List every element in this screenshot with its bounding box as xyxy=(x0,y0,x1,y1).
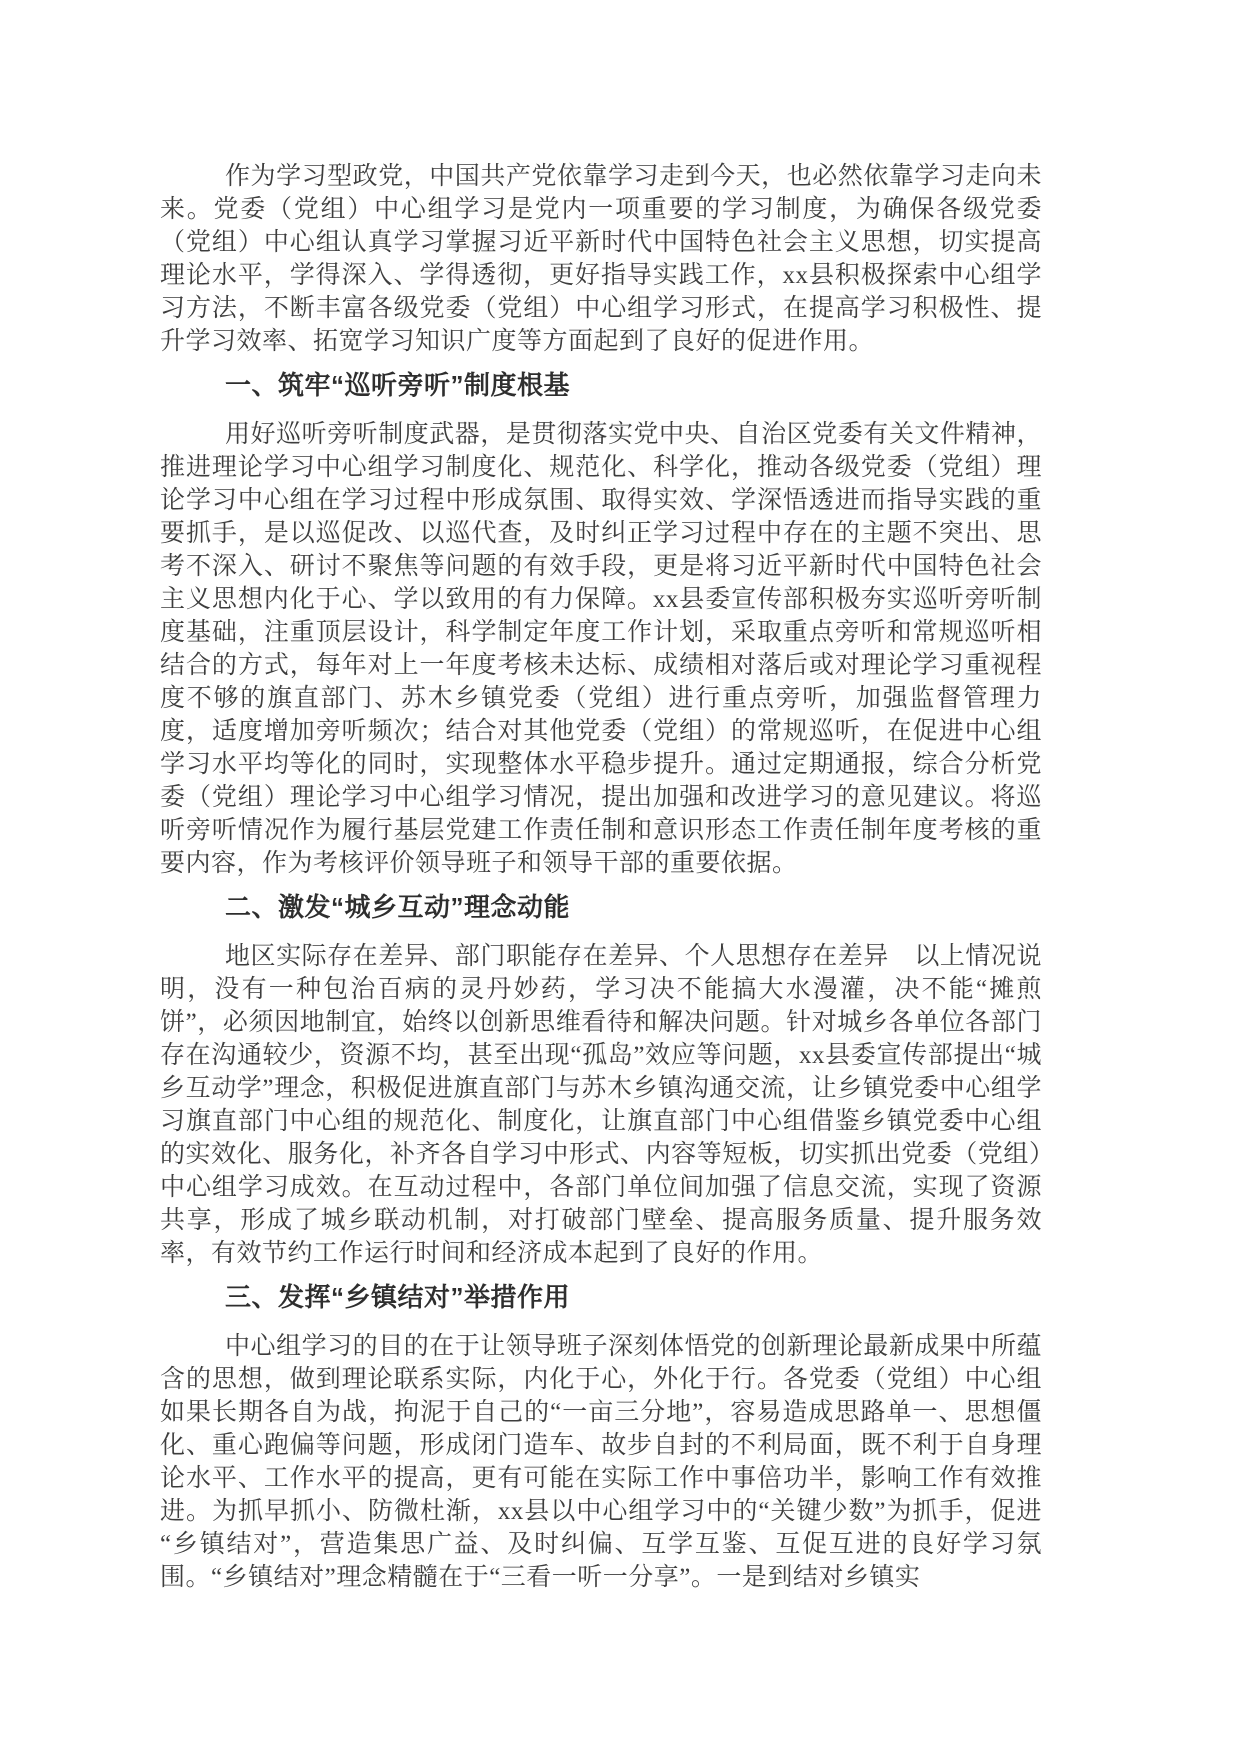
section-2-heading: 二、激发“城乡互动”理念动能 xyxy=(160,891,1042,924)
document-page: 作为学习型政党，中国共产党依靠学习走到今天，也必然依靠学习走向未来。党委（党组）… xyxy=(0,0,1240,1754)
section-3-paragraph: 中心组学习的目的在于让领导班子深刻体悟党的创新理论最新成果中所蕴含的思想，做到理… xyxy=(160,1330,1042,1594)
intro-paragraph: 作为学习型政党，中国共产党依靠学习走到今天，也必然依靠学习走向未来。党委（党组）… xyxy=(160,160,1042,358)
section-1-paragraph: 用好巡听旁听制度武器，是贯彻落实党中央、自治区党委有关文件精神，推进理论学习中心… xyxy=(160,418,1042,880)
section-1-heading: 一、筑牢“巡听旁听”制度根基 xyxy=(160,369,1042,402)
section-3-heading: 三、发挥“乡镇结对”举措作用 xyxy=(160,1281,1042,1314)
section-2-paragraph: 地区实际存在差异、部门职能存在差异、个人思想存在差异 以上情况说明，没有一种包治… xyxy=(160,940,1042,1270)
